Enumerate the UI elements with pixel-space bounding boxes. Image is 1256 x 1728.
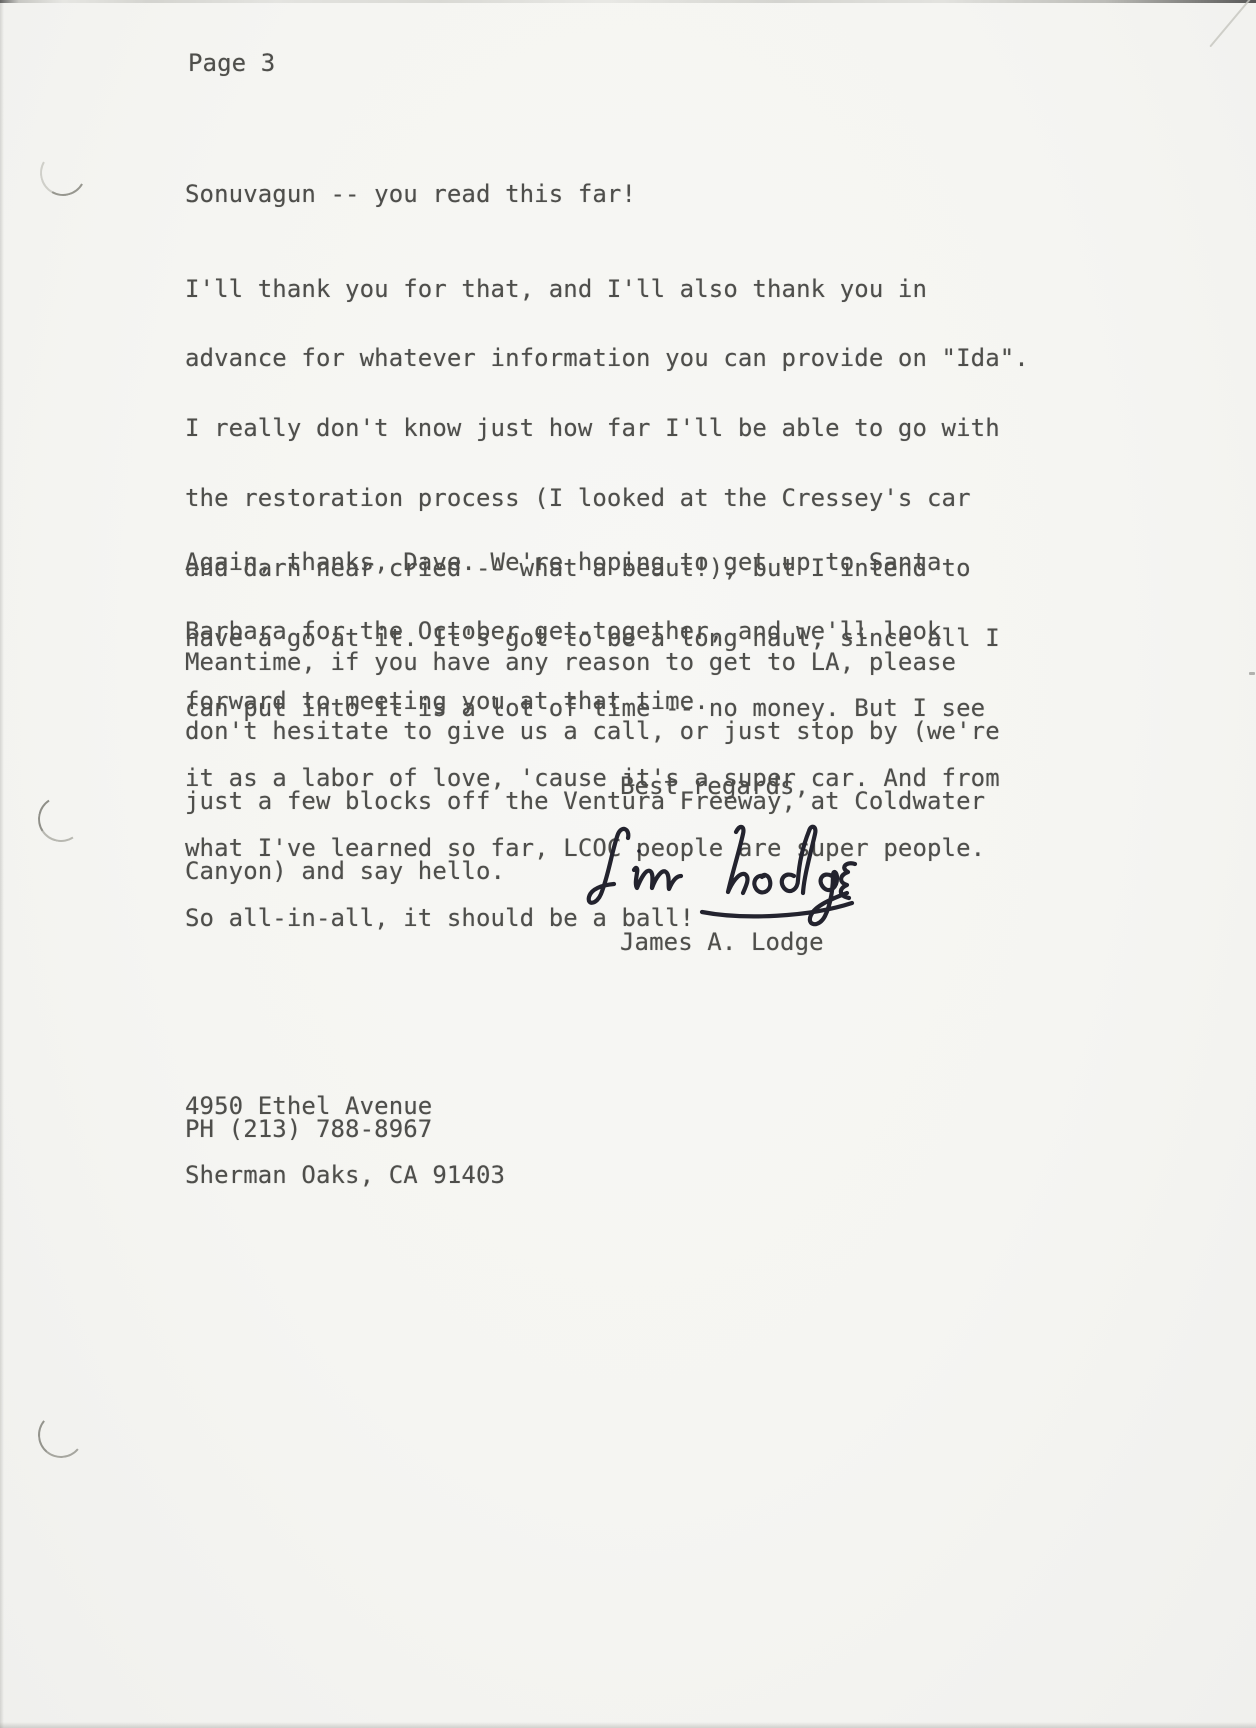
- opening-line: Sonuvagun -- you read this far!: [185, 183, 636, 206]
- paragraph-line: I really don't know just how far I'll be…: [185, 417, 1029, 440]
- scan-speck: [1249, 672, 1255, 675]
- scan-edge-top-artifact: [0, 0, 1256, 3]
- punch-hole-middle: [34, 792, 89, 847]
- closing-salutation: Best regards,: [620, 775, 809, 798]
- scan-edge-left-artifact: [0, 0, 4, 1728]
- paragraph-line: Again, thanks, Dave. We're hoping to get…: [185, 551, 942, 574]
- typed-sender-name: James A. Lodge: [620, 931, 824, 954]
- signature-ink-icon: [584, 816, 869, 934]
- address-line: Sherman Oaks, CA 91403: [185, 1164, 505, 1187]
- letter-page: Page 3 Sonuvagun -- you read this far! I…: [0, 0, 1256, 1728]
- paragraph-line: don't hesitate to give us a call, or jus…: [185, 720, 1000, 743]
- paragraph-line: advance for whatever information you can…: [185, 347, 1029, 370]
- paragraph-line: I'll thank you for that, and I'll also t…: [185, 278, 1029, 301]
- page-label: Page 3: [188, 52, 275, 75]
- paragraph-line: Meantime, if you have any reason to get …: [185, 651, 1000, 674]
- scan-edge-bottom-artifact: [0, 1722, 1256, 1728]
- sender-phone: PH (213) 788-8967: [185, 1118, 432, 1141]
- corner-crease-line: [1209, 0, 1250, 47]
- punch-hole-top: [35, 145, 91, 201]
- punch-hole-bottom: [36, 1410, 86, 1460]
- paragraph-line: just a few blocks off the Ventura Freewa…: [185, 790, 1000, 813]
- handwritten-signature: [584, 816, 869, 934]
